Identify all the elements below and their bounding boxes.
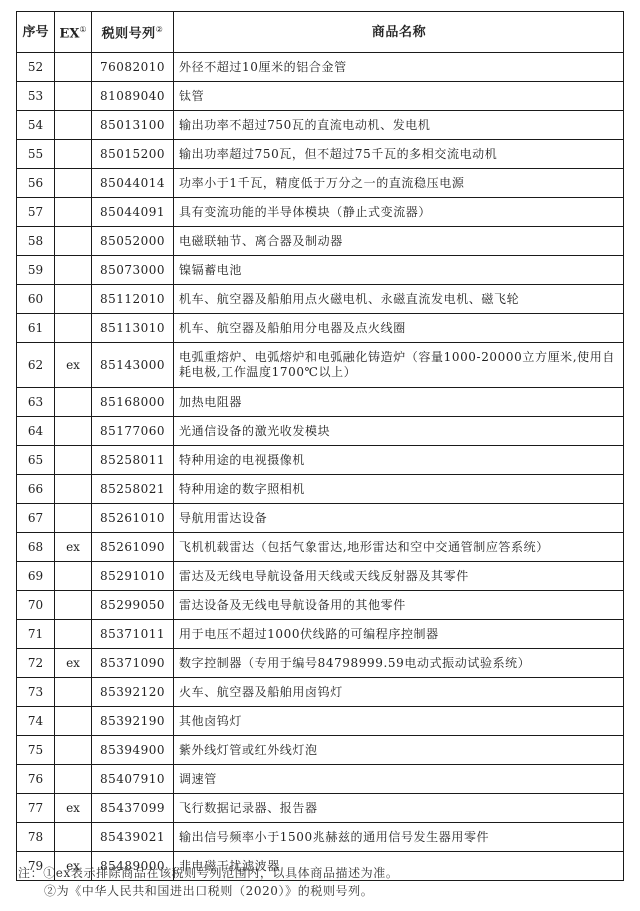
cell-ex-flag (55, 82, 92, 111)
cell-ex-flag (55, 169, 92, 198)
table-row: 68ex85261090飞机机载雷达（包括气象雷达,地形雷达和空中交通管制应答系… (17, 533, 624, 562)
table-row: 6485177060光通信设备的激光收发模块 (17, 417, 624, 446)
cell-ex-flag: ex (55, 649, 92, 678)
cell-commodity-name: 电磁联轴节、离合器及制动器 (174, 227, 624, 256)
table-row: 5885052000电磁联轴节、离合器及制动器 (17, 227, 624, 256)
cell-commodity-name: 导航用雷达设备 (174, 504, 624, 533)
cell-serial-number: 71 (17, 620, 55, 649)
table-row: 7385392120火车、航空器及船舶用卤钨灯 (17, 678, 624, 707)
cell-commodity-name: 镍镉蓄电池 (174, 256, 624, 285)
cell-commodity-name: 输出信号频率小于1500兆赫兹的通用信号发生器用零件 (174, 823, 624, 852)
cell-serial-number: 54 (17, 111, 55, 140)
cell-commodity-name: 具有变流功能的半导体模块（静止式变流器） (174, 198, 624, 227)
cell-commodity-name: 用于电压不超过1000伏线路的可编程序控制器 (174, 620, 624, 649)
cell-ex-flag: ex (55, 343, 92, 388)
cell-tariff-code: 85113010 (92, 314, 174, 343)
cell-tariff-code: 85437099 (92, 794, 174, 823)
table-row: 5485013100输出功率不超过750瓦的直流电动机、发电机 (17, 111, 624, 140)
cell-commodity-name: 特种用途的数字照相机 (174, 475, 624, 504)
cell-commodity-name: 功率小于1千瓦，精度低于万分之一的直流稳压电源 (174, 169, 624, 198)
cell-tariff-code: 85073000 (92, 256, 174, 285)
cell-ex-flag (55, 285, 92, 314)
cell-ex-flag (55, 765, 92, 794)
cell-tariff-code: 85439021 (92, 823, 174, 852)
cell-commodity-name: 加热电阻器 (174, 388, 624, 417)
table-row: 7885439021输出信号频率小于1500兆赫兹的通用信号发生器用零件 (17, 823, 624, 852)
table-row: 77ex85437099飞行数据记录器、报告器 (17, 794, 624, 823)
cell-ex-flag (55, 591, 92, 620)
footnote-marker-2: ② (156, 25, 164, 34)
cell-tariff-code: 85261010 (92, 504, 174, 533)
cell-commodity-name: 机车、航空器及船舶用点火磁电机、永磁直流发电机、磁飞轮 (174, 285, 624, 314)
cell-ex-flag (55, 736, 92, 765)
cell-serial-number: 55 (17, 140, 55, 169)
cell-tariff-code: 85052000 (92, 227, 174, 256)
cell-serial-number: 61 (17, 314, 55, 343)
cell-serial-number: 77 (17, 794, 55, 823)
table-row: 7685407910调速管 (17, 765, 624, 794)
cell-serial-number: 65 (17, 446, 55, 475)
cell-ex-flag (55, 314, 92, 343)
cell-commodity-name: 输出功率超过750瓦，但不超过75千瓦的多相交流电动机 (174, 140, 624, 169)
cell-ex-flag (55, 562, 92, 591)
cell-ex-flag (55, 678, 92, 707)
cell-serial-number: 73 (17, 678, 55, 707)
table-header-row: 序号 EX① 税则号列② 商品名称 (17, 12, 624, 53)
table-row: 5785044091具有变流功能的半导体模块（静止式变流器） (17, 198, 624, 227)
cell-serial-number: 66 (17, 475, 55, 504)
cell-serial-number: 78 (17, 823, 55, 852)
table-row: 72ex85371090数字控制器（专用于编号84798999.59电动式振动试… (17, 649, 624, 678)
footnotes: 注：①ex表示排除商品在该税则号列范围内，以具体商品描述为准。 ②为《中华人民共… (18, 864, 398, 900)
cell-commodity-name: 火车、航空器及船舶用卤钨灯 (174, 678, 624, 707)
table-row: 5585015200输出功率超过750瓦，但不超过75千瓦的多相交流电动机 (17, 140, 624, 169)
cell-commodity-name: 飞行数据记录器、报告器 (174, 794, 624, 823)
cell-ex-flag (55, 53, 92, 82)
cell-commodity-name: 外径不超过10厘米的铝合金管 (174, 53, 624, 82)
cell-commodity-name: 电弧重熔炉、电弧熔炉和电弧融化铸造炉（容量1000-20000立方厘米,使用自耗… (174, 343, 624, 388)
cell-commodity-name: 数字控制器（专用于编号84798999.59电动式振动试验系统） (174, 649, 624, 678)
cell-commodity-name: 其他卤钨灯 (174, 707, 624, 736)
cell-serial-number: 60 (17, 285, 55, 314)
cell-ex-flag (55, 620, 92, 649)
table-row: 6685258021特种用途的数字照相机 (17, 475, 624, 504)
cell-commodity-name: 紫外线灯管或红外线灯泡 (174, 736, 624, 765)
cell-tariff-code: 85013100 (92, 111, 174, 140)
cell-serial-number: 64 (17, 417, 55, 446)
cell-ex-flag (55, 256, 92, 285)
table-row: 5685044014功率小于1千瓦，精度低于万分之一的直流稳压电源 (17, 169, 624, 198)
cell-ex-flag: ex (55, 533, 92, 562)
header-ex-label: EX (59, 27, 79, 42)
cell-ex-flag (55, 504, 92, 533)
cell-commodity-name: 特种用途的电视摄像机 (174, 446, 624, 475)
table-row: 5381089040钛管 (17, 82, 624, 111)
cell-tariff-code: 81089040 (92, 82, 174, 111)
cell-tariff-code: 85044091 (92, 198, 174, 227)
header-serial-number: 序号 (17, 12, 55, 53)
cell-tariff-code: 85299050 (92, 591, 174, 620)
table-row: 5985073000镍镉蓄电池 (17, 256, 624, 285)
cell-commodity-name: 飞机机载雷达（包括气象雷达,地形雷达和空中交通管制应答系统） (174, 533, 624, 562)
cell-ex-flag (55, 198, 92, 227)
table-body: 5276082010外径不超过10厘米的铝合金管5381089040钛管5485… (17, 53, 624, 881)
cell-tariff-code: 85044014 (92, 169, 174, 198)
cell-serial-number: 72 (17, 649, 55, 678)
table-row: 6585258011特种用途的电视摄像机 (17, 446, 624, 475)
footnote-marker-1: ① (79, 25, 86, 34)
cell-tariff-code: 76082010 (92, 53, 174, 82)
table-row: 7185371011用于电压不超过1000伏线路的可编程序控制器 (17, 620, 624, 649)
cell-tariff-code: 85291010 (92, 562, 174, 591)
cell-tariff-code: 85392190 (92, 707, 174, 736)
cell-serial-number: 57 (17, 198, 55, 227)
cell-tariff-code: 85392120 (92, 678, 174, 707)
cell-ex-flag (55, 823, 92, 852)
table-row: 6185113010机车、航空器及船舶用分电器及点火线圈 (17, 314, 624, 343)
cell-ex-flag (55, 227, 92, 256)
cell-serial-number: 68 (17, 533, 55, 562)
cell-serial-number: 53 (17, 82, 55, 111)
cell-tariff-code: 85407910 (92, 765, 174, 794)
header-ex: EX① (55, 12, 92, 53)
header-tariff-code-label: 税则号列 (102, 27, 156, 42)
cell-tariff-code: 85168000 (92, 388, 174, 417)
cell-tariff-code: 85394900 (92, 736, 174, 765)
table-row: 6085112010机车、航空器及船舶用点火磁电机、永磁直流发电机、磁飞轮 (17, 285, 624, 314)
cell-serial-number: 76 (17, 765, 55, 794)
cell-serial-number: 69 (17, 562, 55, 591)
cell-serial-number: 67 (17, 504, 55, 533)
cell-ex-flag (55, 111, 92, 140)
cell-commodity-name: 雷达设备及无线电导航设备用的其他零件 (174, 591, 624, 620)
cell-ex-flag (55, 475, 92, 504)
footnote-2: ②为《中华人民共和国进出口税则（2020）》的税则号列。 (18, 882, 398, 900)
cell-serial-number: 58 (17, 227, 55, 256)
cell-commodity-name: 输出功率不超过750瓦的直流电动机、发电机 (174, 111, 624, 140)
header-commodity-name-label: 商品名称 (372, 25, 426, 40)
table-row: 7485392190其他卤钨灯 (17, 707, 624, 736)
table-row: 6985291010雷达及无线电导航设备用天线或天线反射器及其零件 (17, 562, 624, 591)
cell-tariff-code: 85258021 (92, 475, 174, 504)
cell-ex-flag: ex (55, 794, 92, 823)
table-row: 7085299050雷达设备及无线电导航设备用的其他零件 (17, 591, 624, 620)
cell-serial-number: 75 (17, 736, 55, 765)
cell-serial-number: 52 (17, 53, 55, 82)
cell-tariff-code: 85143000 (92, 343, 174, 388)
table-row: 6785261010导航用雷达设备 (17, 504, 624, 533)
cell-commodity-name: 钛管 (174, 82, 624, 111)
cell-serial-number: 74 (17, 707, 55, 736)
cell-tariff-code: 85261090 (92, 533, 174, 562)
cell-ex-flag (55, 140, 92, 169)
cell-serial-number: 70 (17, 591, 55, 620)
cell-tariff-code: 85177060 (92, 417, 174, 446)
cell-tariff-code: 85112010 (92, 285, 174, 314)
cell-serial-number: 56 (17, 169, 55, 198)
cell-tariff-code: 85371011 (92, 620, 174, 649)
table-row: 6385168000加热电阻器 (17, 388, 624, 417)
header-commodity-name: 商品名称 (174, 12, 624, 53)
cell-tariff-code: 85015200 (92, 140, 174, 169)
cell-commodity-name: 调速管 (174, 765, 624, 794)
footnote-1: 注：①ex表示排除商品在该税则号列范围内，以具体商品描述为准。 (18, 864, 398, 882)
cell-serial-number: 63 (17, 388, 55, 417)
cell-ex-flag (55, 388, 92, 417)
table-row: 62ex85143000电弧重熔炉、电弧熔炉和电弧融化铸造炉（容量1000-20… (17, 343, 624, 388)
cell-commodity-name: 机车、航空器及船舶用分电器及点火线圈 (174, 314, 624, 343)
header-tariff-code: 税则号列② (92, 12, 174, 53)
commodity-table: 序号 EX① 税则号列② 商品名称 5276082010外径不超过10厘米的铝合… (16, 11, 624, 881)
cell-commodity-name: 光通信设备的激光收发模块 (174, 417, 624, 446)
cell-serial-number: 59 (17, 256, 55, 285)
cell-serial-number: 62 (17, 343, 55, 388)
cell-ex-flag (55, 707, 92, 736)
table-row: 5276082010外径不超过10厘米的铝合金管 (17, 53, 624, 82)
cell-tariff-code: 85258011 (92, 446, 174, 475)
cell-ex-flag (55, 417, 92, 446)
cell-ex-flag (55, 446, 92, 475)
cell-tariff-code: 85371090 (92, 649, 174, 678)
header-serial-number-label: 序号 (22, 25, 48, 40)
cell-commodity-name: 雷达及无线电导航设备用天线或天线反射器及其零件 (174, 562, 624, 591)
table-row: 7585394900紫外线灯管或红外线灯泡 (17, 736, 624, 765)
